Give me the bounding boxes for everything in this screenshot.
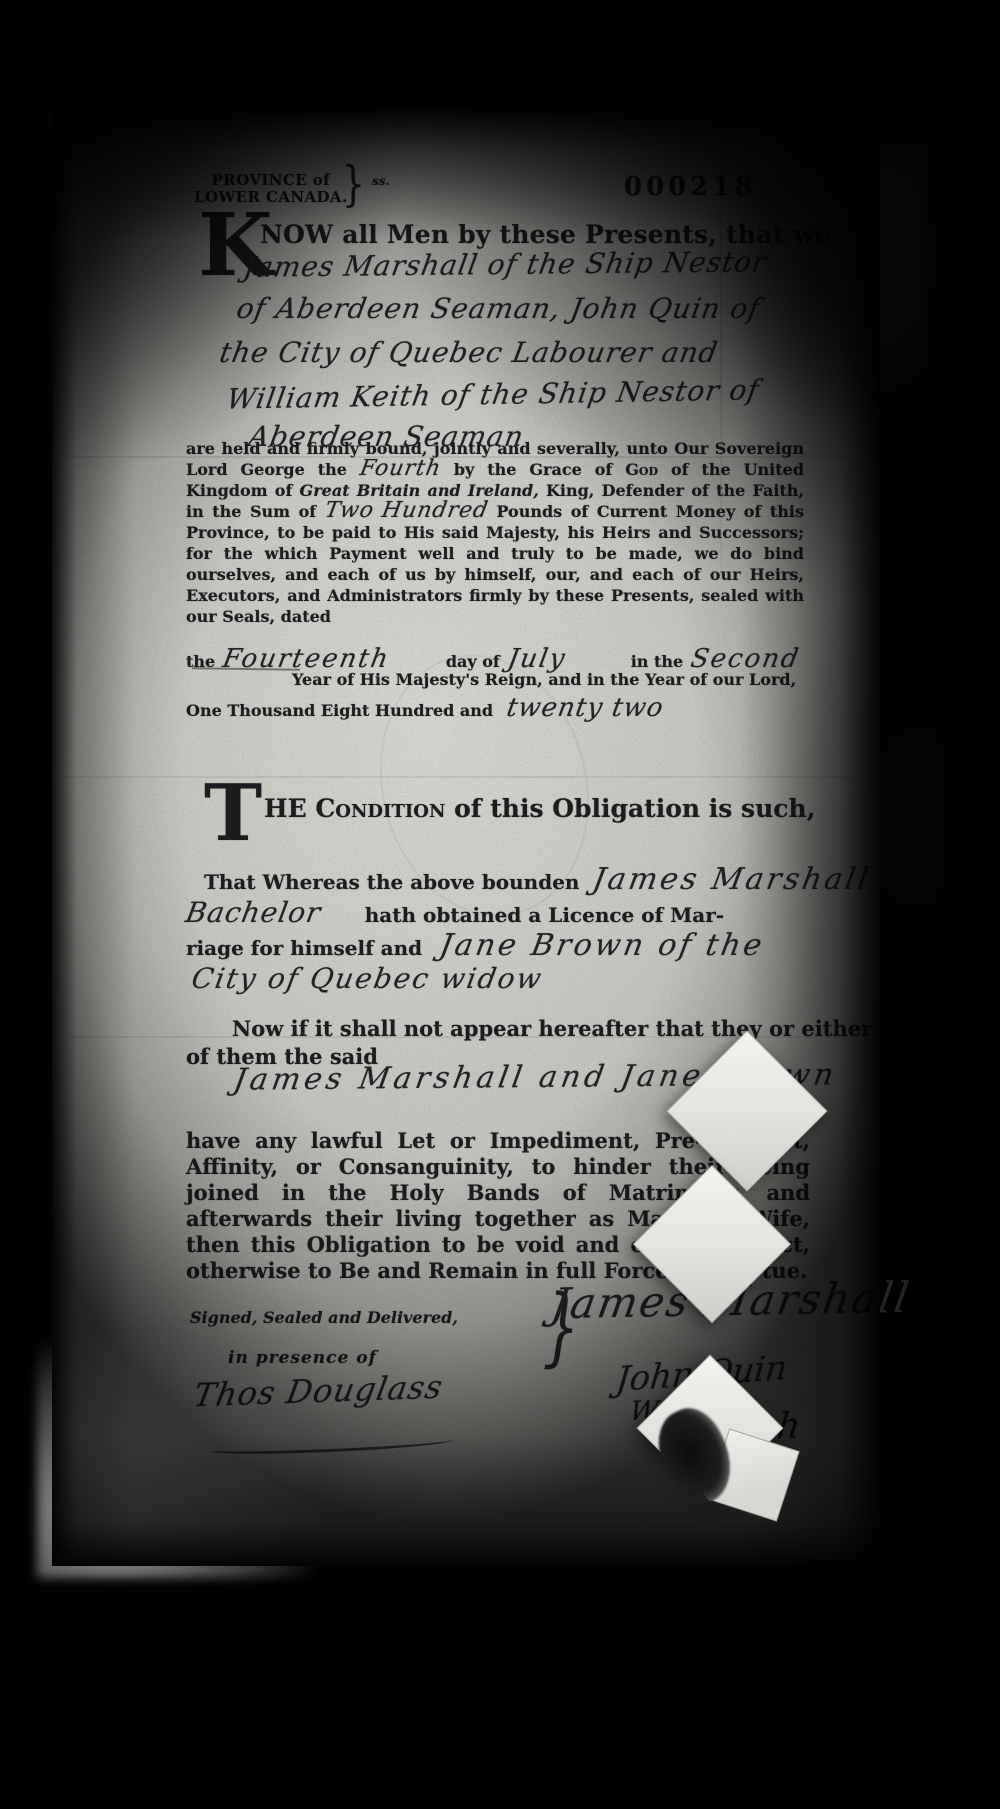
condition-text: riage for himself and xyxy=(186,936,422,960)
handwritten-year: twenty two xyxy=(504,693,666,723)
condition-line-2: Bachelor hath obtained a Licence of Mar- xyxy=(186,896,724,929)
jurat-abbreviation: ss. xyxy=(372,174,390,188)
bond-clause-paragraph: are held and firmly bound, jointly and s… xyxy=(186,438,804,627)
year-text: One Thousand Eight Hundred and xyxy=(186,701,493,720)
condition-heading: HE Condition of this Obligation is such, xyxy=(264,794,815,823)
attestation-line-1: Signed, Sealed and Delivered, xyxy=(190,1308,458,1327)
attestation-line-2: in presence of xyxy=(228,1348,377,1368)
handwritten-king-ordinal: Fourth xyxy=(359,463,442,475)
regnal-year-line: Year of His Majesty's Reign, and in the … xyxy=(292,670,796,689)
handwritten-obligor-line: the City of Quebec Labourer and xyxy=(217,336,721,369)
handwritten-penalty-sum: Two Hundred xyxy=(324,505,489,517)
bond-text: by the Grace of xyxy=(441,460,625,479)
condition-text: That Whereas the above bounden xyxy=(204,870,579,894)
year-line: One Thousand Eight Hundred and twenty tw… xyxy=(186,693,664,723)
scan-background: { "colors": { "background": "#020202", "… xyxy=(0,0,1000,1809)
condition-text: hath obtained a Licence of Mar- xyxy=(365,903,724,927)
condition-line-1: That Whereas the above bounden James Mar… xyxy=(204,862,871,897)
handwritten-groom-status: Bachelor xyxy=(183,896,324,929)
condition-heading-rest: of this Obligation is such, xyxy=(445,794,815,823)
province-caption-line1: PROVINCE of xyxy=(194,172,348,189)
date-text: in the xyxy=(631,652,683,671)
brace-glyph: } xyxy=(342,160,365,208)
bond-text-god: God xyxy=(625,460,658,479)
proviso-line-1: Now if it shall not appear hereafter tha… xyxy=(232,1016,872,1041)
dropcap-t: T xyxy=(204,784,262,845)
handwritten-bride-residence: City of Quebec widow xyxy=(189,962,546,995)
condition-heading-word: Condition xyxy=(315,794,445,823)
handwritten-obligor-line: James Marshall of the Ship Nestor xyxy=(241,245,769,284)
condition-heading-he: HE xyxy=(264,794,315,823)
date-text: day of xyxy=(446,652,500,671)
serial-number: 000218 xyxy=(624,172,757,202)
condition-line-3: riage for himself and Jane Brown of the xyxy=(186,928,765,963)
handwritten-bride-name: Jane Brown of the xyxy=(437,928,768,963)
handwritten-obligor-line: of Aberdeen Seaman, John Quin of xyxy=(234,292,763,325)
handwritten-groom-name: James Marshall xyxy=(590,862,874,897)
document-page: PROVINCE of LOWER CANADA. } ss. 000218 K… xyxy=(52,108,880,1566)
